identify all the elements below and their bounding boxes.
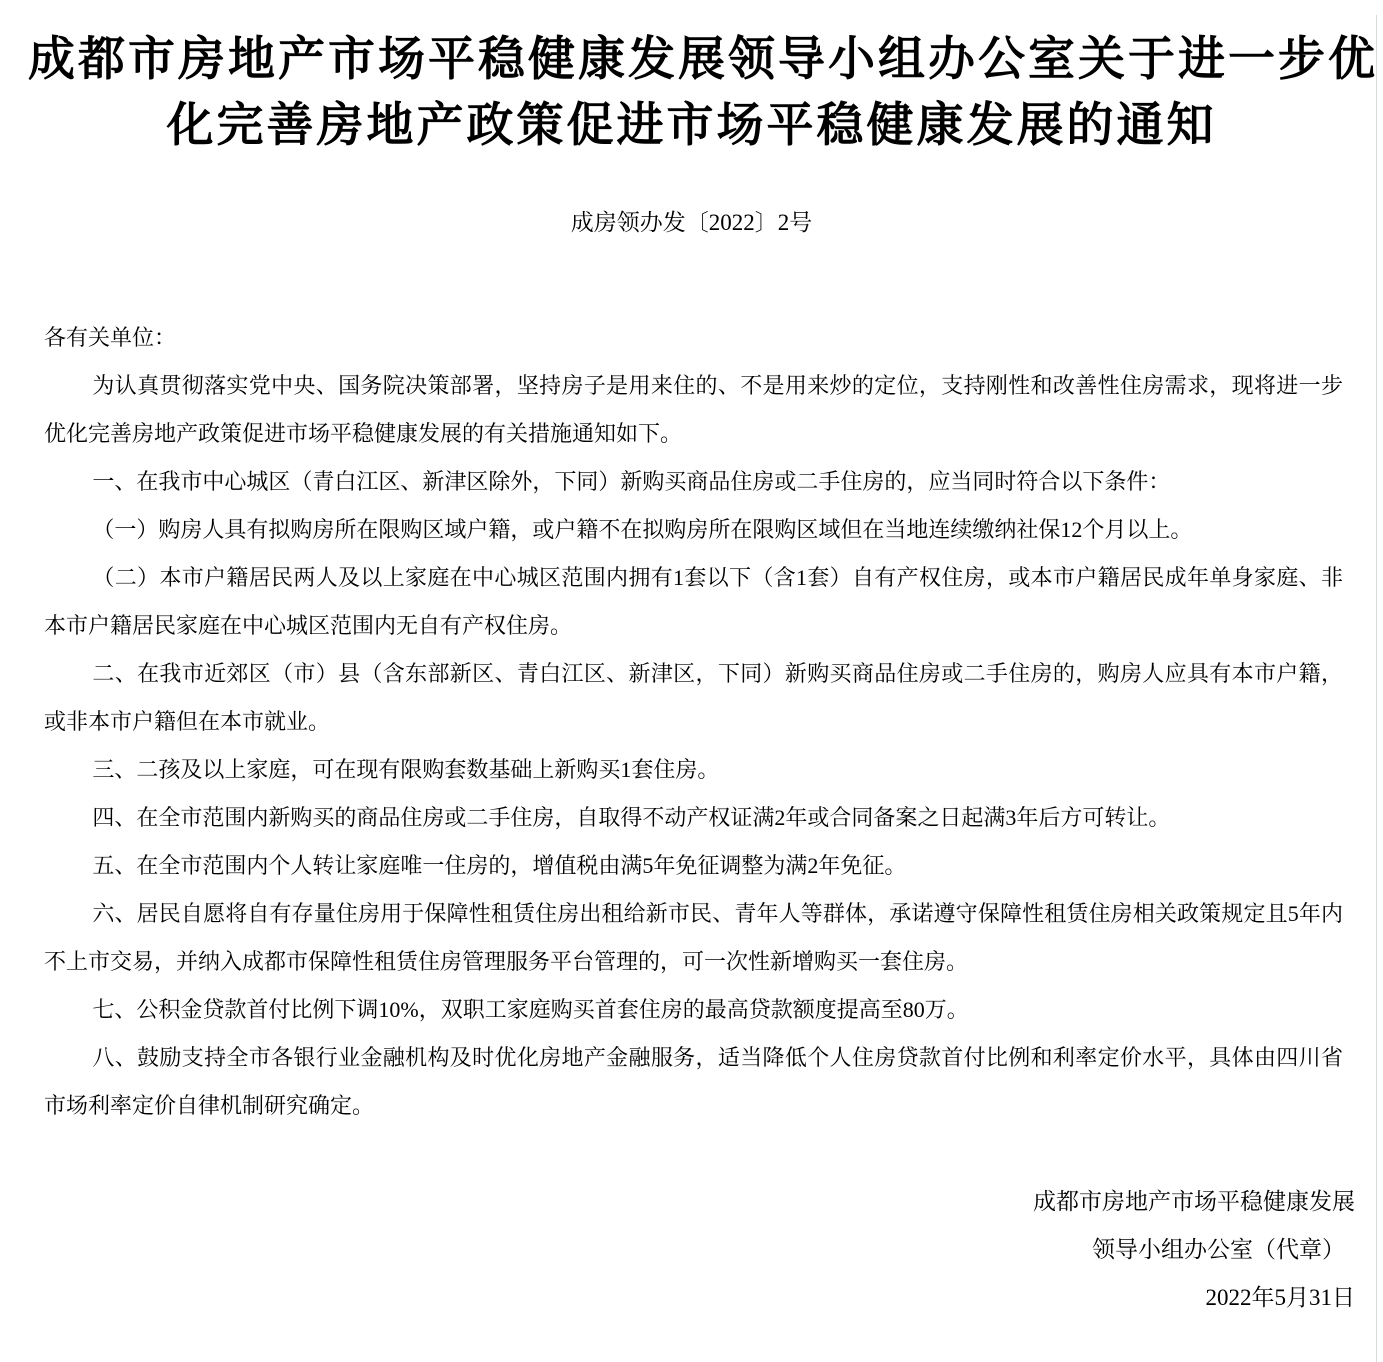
- paragraph-item-3: 三、二孩及以上家庭，可在现有限购套数基础上新购买1套住房。: [44, 746, 1343, 794]
- page-right-edge-divider: [1376, 15, 1377, 1362]
- document-title: 成都市房地产市场平稳健康发展领导小组办公室关于进一步优 化完善房地产政策促进市场…: [28, 26, 1355, 158]
- paragraph-item-7: 七、公积金贷款首付比例下调10%，双职工家庭购买首套住房的最高贷款额度提高至80…: [44, 986, 1343, 1034]
- paragraph-item-4: 四、在全市范围内新购买的商品住房或二手住房，自取得不动产权证满2年或合同备案之日…: [44, 794, 1343, 842]
- paragraph-intro: 为认真贯彻落实党中央、国务院决策部署，坚持房子是用来住的、不是用来炒的定位，支持…: [44, 362, 1343, 458]
- paragraph-item-8: 八、鼓励支持全市各银行业金融机构及时优化房地产金融服务，适当降低个人住房贷款首付…: [44, 1034, 1343, 1130]
- signature-org-line-1: 成都市房地产市场平稳健康发展: [0, 1178, 1355, 1226]
- paragraph-item-1: 一、在我市中心城区（青白江区、新津区除外，下同）新购买商品住房或二手住房的，应当…: [44, 458, 1343, 506]
- notice-document-page: 成都市房地产市场平稳健康发展领导小组办公室关于进一步优 化完善房地产政策促进市场…: [0, 0, 1383, 1362]
- document-title-line-2: 化完善房地产政策促进市场平稳健康发展的通知: [28, 92, 1355, 158]
- paragraph-item-5: 五、在全市范围内个人转让家庭唯一住房的，增值税由满5年免征调整为满2年免征。: [44, 842, 1343, 890]
- document-body: 各有关单位： 为认真贯彻落实党中央、国务院决策部署，坚持房子是用来住的、不是用来…: [44, 314, 1343, 1130]
- document-title-line-1: 成都市房地产市场平稳健康发展领导小组办公室关于进一步优: [28, 26, 1355, 92]
- paragraph-item-2: 二、在我市近郊区（市）县（含东部新区、青白江区、新津区，下同）新购买商品住房或二…: [44, 650, 1343, 746]
- signature-block: 成都市房地产市场平稳健康发展 领导小组办公室（代章） 2022年5月31日: [0, 1178, 1383, 1322]
- paragraph-item-1-sub-1: （一）购房人具有拟购房所在限购区域户籍，或户籍不在拟购房所在限购区域但在当地连续…: [44, 506, 1343, 554]
- paragraph-item-1-sub-2: （二）本市户籍居民两人及以上家庭在中心城区范围内拥有1套以下（含1套）自有产权住…: [44, 554, 1343, 650]
- signature-org-line-2: 领导小组办公室（代章）: [0, 1226, 1355, 1274]
- paragraph-item-6: 六、居民自愿将自有存量住房用于保障性租赁住房出租给新市民、青年人等群体，承诺遵守…: [44, 890, 1343, 986]
- salutation: 各有关单位：: [44, 314, 1343, 362]
- document-number: 成房领办发〔2022〕2号: [0, 208, 1383, 238]
- signature-date: 2022年5月31日: [0, 1274, 1355, 1322]
